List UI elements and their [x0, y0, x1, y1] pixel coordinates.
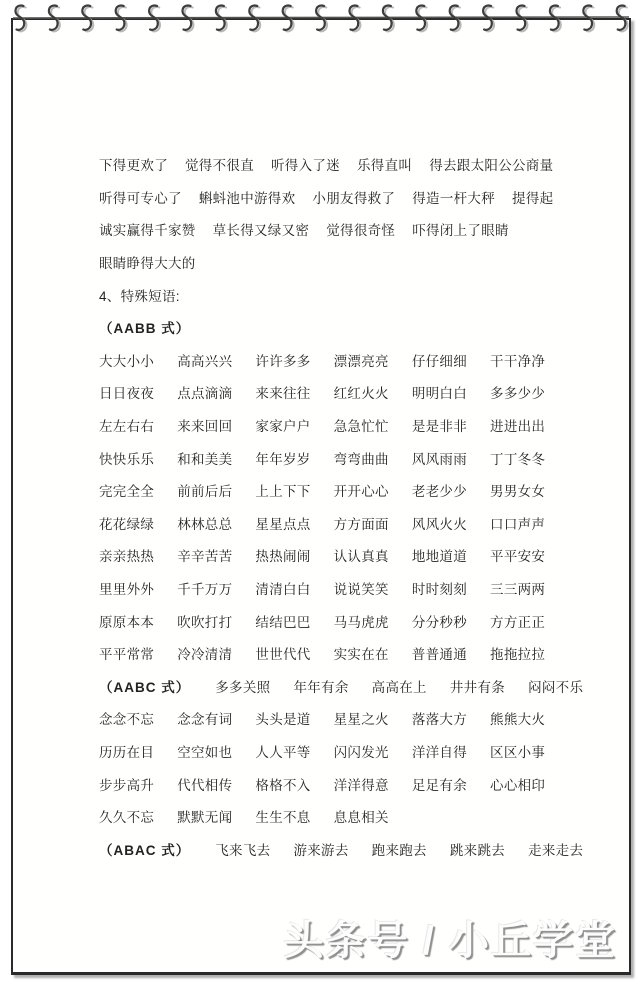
phrase: 实实在在 [334, 643, 389, 663]
phrase: 马马虎虎 [334, 611, 389, 631]
text-line: 花花绿绿林林总总星星点点方方面面风风火火口口声声 [99, 507, 599, 540]
watermark: 头条号 / 小丘学堂 [284, 909, 617, 966]
phrase: 闷闷不乐 [528, 676, 583, 696]
phrase: 念念不忘 [99, 708, 154, 728]
group-label-line: （AABB 式） [99, 311, 599, 344]
phrase: 拖拖拉拉 [490, 643, 545, 663]
phrase: 林林总总 [177, 513, 232, 533]
phrase: 冷冷清清 [177, 643, 232, 663]
phrase: 完完全全 [99, 480, 154, 500]
phrase: 足足有余 [412, 774, 467, 794]
text-line: 念念不忘念念有词头头是道星星之火落落大方熊熊大火 [99, 702, 599, 735]
phrase: 井井有条 [450, 676, 505, 696]
phrase: 吓得闭上了眼睛 [412, 219, 509, 239]
phrase: 来来往往 [255, 382, 310, 402]
phrase: 左左右右 [99, 415, 154, 435]
phrase: 快快乐乐 [99, 448, 154, 468]
group-label: （ABAC 式） [99, 839, 190, 859]
phrase: 得去跟太阳公公商量 [429, 154, 553, 174]
phrase: 高高兴兴 [177, 350, 232, 370]
text-line: 听得可专心了蝌蚪池中游得欢小朋友得救了得造一杆大秤提得起 [99, 181, 599, 214]
section-title: 4、特殊短语: [99, 285, 180, 305]
phrase: 眼睛睁得大大的 [99, 252, 196, 272]
phrase: 前前后后 [177, 480, 232, 500]
phrase: 格格不入 [255, 774, 310, 794]
text-line: 下得更欢了觉得不很直听得入了迷乐得直叫得去跟太阳公公商量 [99, 148, 599, 181]
phrase: 乐得直叫 [357, 154, 412, 174]
text-line: 诚实赢得千家赞草长得又绿又密觉得很奇怪吓得闭上了眼睛 [99, 213, 599, 246]
phrase: 多多少少 [490, 382, 545, 402]
phrase: 地地道道 [412, 545, 467, 565]
text-line: 里里外外千千万万清清白白说说笑笑时时刻刻三三两两 [99, 572, 599, 605]
phrase: 走来走去 [528, 839, 583, 859]
text-line: 历历在目空空如也人人平等闪闪发光洋洋自得区区小事 [99, 735, 599, 768]
phrase: 口口声声 [490, 513, 545, 533]
phrase: 进进出出 [490, 415, 545, 435]
phrase-groups: （AABB 式）大大小小高高兴兴许许多多漂漂亮亮仔仔细细干干净净日日夜夜点点滴滴… [99, 311, 599, 865]
phrase: 弯弯曲曲 [334, 448, 389, 468]
phrase: 听得可专心了 [99, 187, 182, 207]
phrase: 念念有词 [177, 708, 232, 728]
phrase: 老老少少 [412, 480, 467, 500]
phrase: 清清白白 [255, 578, 310, 598]
phrase: 游来游去 [293, 839, 348, 859]
notebook-page: 下得更欢了觉得不很直听得入了迷乐得直叫得去跟太阳公公商量听得可专心了蝌蚪池中游得… [11, 18, 631, 975]
phrase: 结结巴巴 [255, 611, 310, 631]
phrase: 心心相印 [490, 774, 545, 794]
phrase: 诚实赢得千家赞 [99, 219, 196, 239]
phrase: 息息相关 [334, 806, 389, 826]
phrase: 默默无闻 [177, 806, 232, 826]
phrase: 普普通通 [412, 643, 467, 663]
phrase: 仔仔细细 [412, 350, 467, 370]
phrase: 代代相传 [177, 774, 232, 794]
phrase: 头头是道 [255, 708, 310, 728]
phrase: 三三两两 [490, 578, 545, 598]
text-line: 大大小小高高兴兴许许多多漂漂亮亮仔仔细细干干净净 [99, 344, 599, 377]
phrase: 千千万万 [177, 578, 232, 598]
text-line: （AABC 式）多多关照年年有余高高在上井井有条闷闷不乐 [99, 670, 599, 703]
phrase: 家家户户 [255, 415, 310, 435]
phrase: 漂漂亮亮 [334, 350, 389, 370]
phrase: 听得入了迷 [271, 154, 340, 174]
phrase: 星星之火 [334, 708, 389, 728]
phrase: 男男女女 [490, 480, 545, 500]
text-line: 原原本本吹吹打打结结巴巴马马虎虎分分秒秒方方正正 [99, 604, 599, 637]
phrase: 久久不忘 [99, 806, 154, 826]
phrase: 熊熊大火 [490, 708, 545, 728]
phrase: 方方面面 [334, 513, 389, 533]
phrase: 上上下下 [255, 480, 310, 500]
phrase: 落落大方 [412, 708, 467, 728]
phrase: 干干净净 [490, 350, 545, 370]
phrase: 平平常常 [99, 643, 154, 663]
phrase: 觉得很奇怪 [326, 219, 395, 239]
phrase: 蝌蚪池中游得欢 [199, 187, 296, 207]
phrase: 方方正正 [490, 611, 545, 631]
text-line: 平平常常冷冷清清世世代代实实在在普普通通拖拖拉拉 [99, 637, 599, 670]
phrase: 人人平等 [255, 741, 310, 761]
text-line: 完完全全前前后后上上下下开开心心老老少少男男女女 [99, 474, 599, 507]
phrase: 和和美美 [177, 448, 232, 468]
phrase: 说说笑笑 [334, 578, 389, 598]
phrase: 洋洋自得 [412, 741, 467, 761]
phrase: 空空如也 [177, 741, 232, 761]
phrase: 洋洋得意 [334, 774, 389, 794]
text-line: 快快乐乐和和美美年年岁岁弯弯曲曲风风雨雨丁丁冬冬 [99, 441, 599, 474]
phrase: 闪闪发光 [334, 741, 389, 761]
phrase: 大大小小 [99, 350, 154, 370]
phrase: 许许多多 [255, 350, 310, 370]
phrase: 风风雨雨 [412, 448, 467, 468]
group-label: （AABB 式） [99, 317, 190, 337]
phrase: 飞来飞去 [215, 839, 270, 859]
phrase: 日日夜夜 [99, 382, 154, 402]
text-line: 亲亲热热辛辛苦苦热热闹闹认认真真地地道道平平安安 [99, 539, 599, 572]
phrase: 多多关照 [215, 676, 270, 696]
phrase: 辛辛苦苦 [177, 545, 232, 565]
phrase: 是是非非 [412, 415, 467, 435]
phrase: 提得起 [512, 187, 553, 207]
text-line: （ABAC 式）飞来飞去游来游去跑来跑去跳来跳去走来走去 [99, 832, 599, 865]
page-content: 下得更欢了觉得不很直听得入了迷乐得直叫得去跟太阳公公商量听得可专心了蝌蚪池中游得… [99, 148, 599, 865]
phrase: 分分秒秒 [412, 611, 467, 631]
phrase: 跑来跑去 [372, 839, 427, 859]
phrase: 下得更欢了 [99, 154, 168, 174]
phrase: 来来回回 [177, 415, 232, 435]
phrase: 里里外外 [99, 578, 154, 598]
phrase: 原原本本 [99, 611, 154, 631]
phrase: 认认真真 [334, 545, 389, 565]
group-label: （AABC 式） [99, 676, 190, 696]
phrase: 星星点点 [255, 513, 310, 533]
spiral-binding [0, 0, 640, 46]
phrase: 觉得不很直 [185, 154, 254, 174]
phrase: 草长得又绿又密 [213, 219, 310, 239]
text-line: 久久不忘默默无闻生生不息息息相关 [99, 800, 599, 833]
phrase: 得造一杆大秤 [412, 187, 495, 207]
text-line: 眼睛睁得大大的 [99, 246, 599, 279]
phrase: 花花绿绿 [99, 513, 154, 533]
phrase: 区区小事 [490, 741, 545, 761]
phrase: 急急忙忙 [334, 415, 389, 435]
phrase: 点点滴滴 [177, 382, 232, 402]
phrase: 开开心心 [334, 480, 389, 500]
phrase: 历历在目 [99, 741, 154, 761]
phrase: 高高在上 [372, 676, 427, 696]
phrase: 亲亲热热 [99, 545, 154, 565]
phrase: 跳来跳去 [450, 839, 505, 859]
phrase: 世世代代 [255, 643, 310, 663]
text-line: 左左右右来来回回家家户户急急忙忙是是非非进进出出 [99, 409, 599, 442]
phrase: 风风火火 [412, 513, 467, 533]
phrase: 平平安安 [490, 545, 545, 565]
phrase: 明明白白 [412, 382, 467, 402]
phrase: 年年岁岁 [255, 448, 310, 468]
text-line: 日日夜夜点点滴滴来来往往红红火火明明白白多多少少 [99, 376, 599, 409]
phrase: 热热闹闹 [255, 545, 310, 565]
intro-block: 下得更欢了觉得不很直听得入了迷乐得直叫得去跟太阳公公商量听得可专心了蝌蚪池中游得… [99, 148, 599, 278]
phrase: 小朋友得救了 [312, 187, 395, 207]
phrase: 步步高升 [99, 774, 154, 794]
phrase: 红红火火 [334, 382, 389, 402]
text-line: 步步高升代代相传格格不入洋洋得意足足有余心心相印 [99, 767, 599, 800]
phrase: 时时刻刻 [412, 578, 467, 598]
phrase: 丁丁冬冬 [490, 448, 545, 468]
phrase: 生生不息 [255, 806, 310, 826]
phrase: 吹吹打打 [177, 611, 232, 631]
phrase: 年年有余 [293, 676, 348, 696]
section-title-line: 4、特殊短语: [99, 278, 599, 311]
